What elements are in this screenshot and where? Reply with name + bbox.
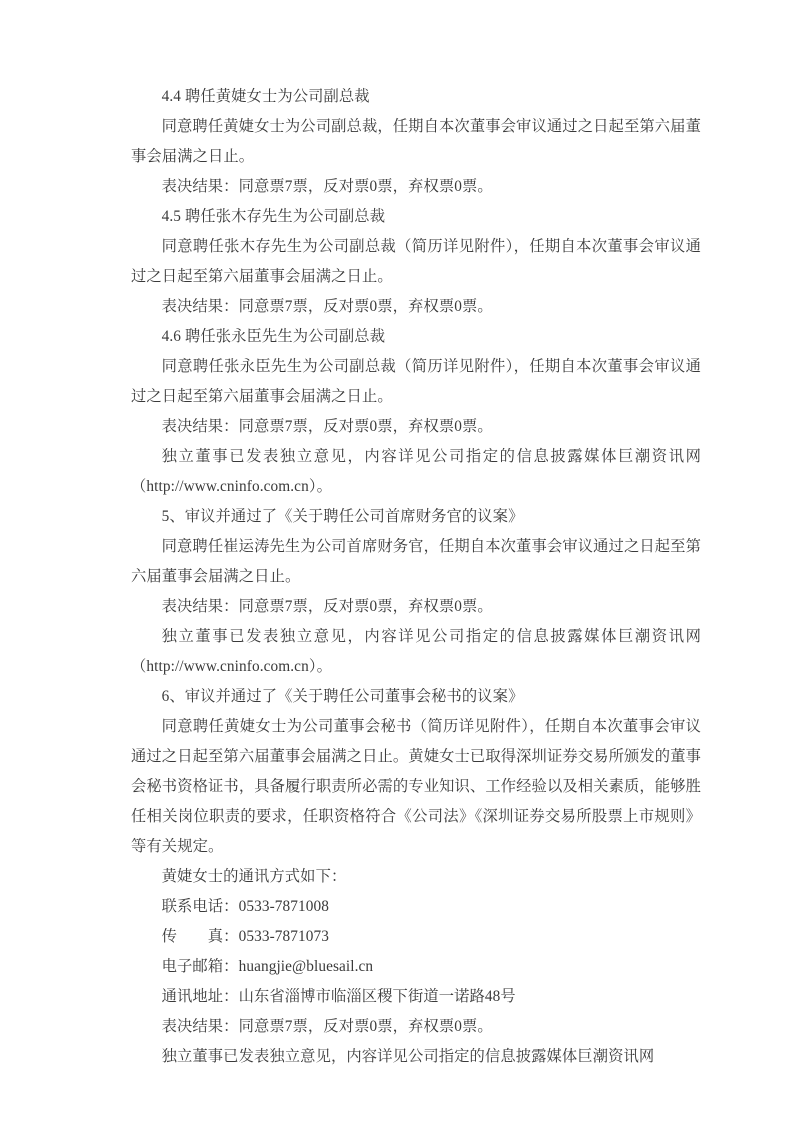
paragraph: 电子邮箱：huangjie@bluesail.cn [131,952,701,982]
paragraph: 独立董事已发表独立意见，内容详见公司指定的信息披露媒体巨潮资讯网 [131,1042,701,1072]
paragraph: 独立董事已发表独立意见，内容详见公司指定的信息披露媒体巨潮资讯网（http://… [131,442,701,502]
document-body: 4.4 聘任黄婕女士为公司副总裁同意聘任黄婕女士为公司副总裁，任期自本次董事会审… [131,82,701,1072]
paragraph: 通讯地址：山东省淄博市临淄区稷下街道一诺路48号 [131,982,701,1012]
paragraph: 联系电话：0533-7871008 [131,892,701,922]
paragraph: 表决结果：同意票7票，反对票0票，弃权票0票。 [131,172,701,202]
paragraph: 传 真：0533-7871073 [131,922,701,952]
paragraph: 6、审议并通过了《关于聘任公司董事会秘书的议案》 [131,682,701,712]
paragraph: 同意聘任张永臣先生为公司副总裁（简历详见附件），任期自本次董事会审议通过之日起至… [131,352,701,412]
paragraph: 4.6 聘任张永臣先生为公司副总裁 [131,322,701,352]
document-page: 4.4 聘任黄婕女士为公司副总裁同意聘任黄婕女士为公司副总裁，任期自本次董事会审… [0,0,793,1122]
paragraph: 同意聘任黄婕女士为公司董事会秘书（简历详见附件），任期自本次董事会审议通过之日起… [131,712,701,862]
paragraph: 同意聘任黄婕女士为公司副总裁，任期自本次董事会审议通过之日起至第六届董事会届满之… [131,112,701,172]
paragraph: 表决结果：同意票7票，反对票0票，弃权票0票。 [131,592,701,622]
paragraph: 黄婕女士的通讯方式如下： [131,862,701,892]
paragraph: 4.5 聘任张木存先生为公司副总裁 [131,202,701,232]
paragraph: 同意聘任崔运涛先生为公司首席财务官，任期自本次董事会审议通过之日起至第六届董事会… [131,532,701,592]
paragraph: 表决结果：同意票7票，反对票0票，弃权票0票。 [131,292,701,322]
paragraph: 表决结果：同意票7票，反对票0票，弃权票0票。 [131,412,701,442]
paragraph: 5、审议并通过了《关于聘任公司首席财务官的议案》 [131,502,701,532]
paragraph: 同意聘任张木存先生为公司副总裁（简历详见附件），任期自本次董事会审议通过之日起至… [131,232,701,292]
paragraph: 表决结果：同意票7票，反对票0票，弃权票0票。 [131,1012,701,1042]
paragraph: 4.4 聘任黄婕女士为公司副总裁 [131,82,701,112]
paragraph: 独立董事已发表独立意见，内容详见公司指定的信息披露媒体巨潮资讯网（http://… [131,622,701,682]
